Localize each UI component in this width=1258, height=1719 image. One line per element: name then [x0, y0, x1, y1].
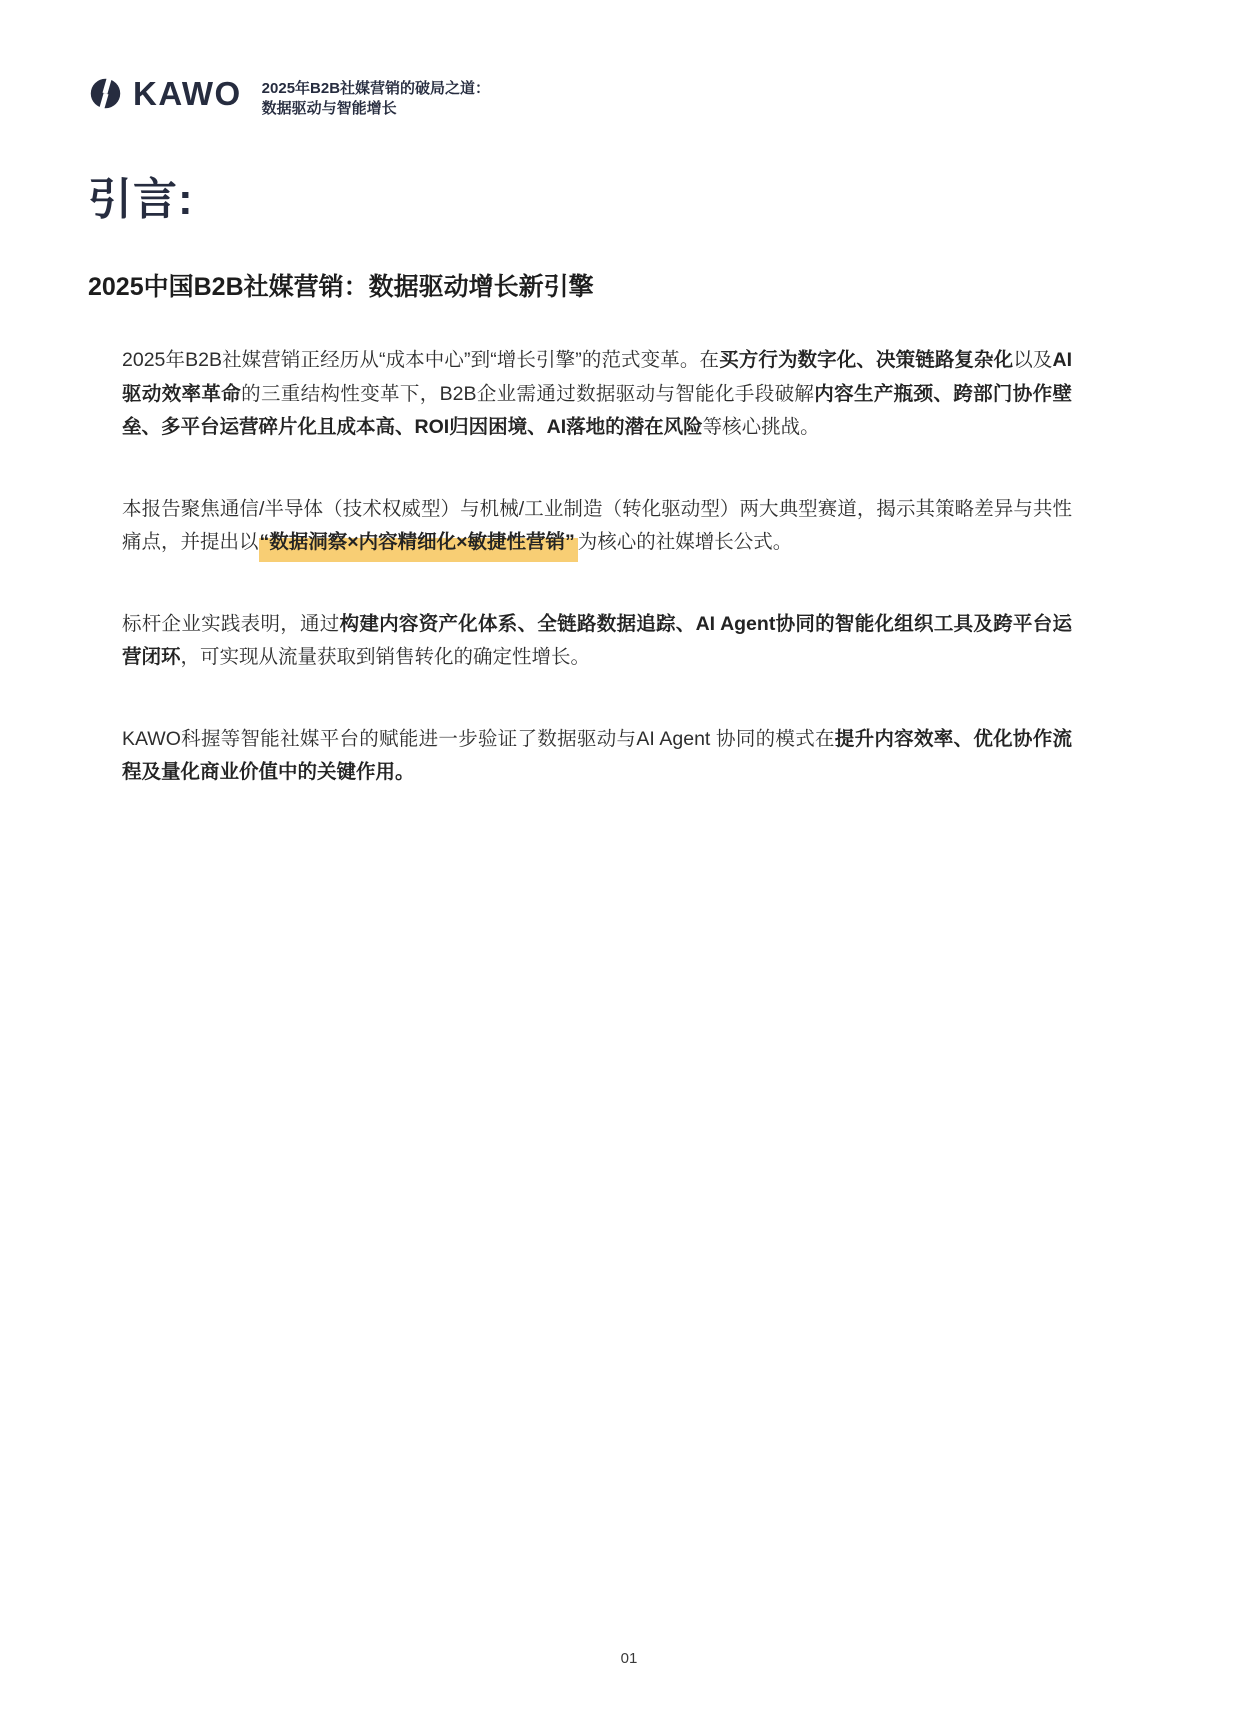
text-segment: “数据洞察×内容精细化×敏捷性营销”: [259, 531, 578, 562]
page-footer: 01: [0, 1650, 1258, 1667]
kawo-logo: KAWO: [90, 78, 242, 109]
text-segment: 标杆企业实践表明，通过: [122, 613, 340, 635]
text-segment: 以及: [1013, 349, 1052, 371]
paragraph-4: KAWO科握等智能社媒平台的赋能进一步验证了数据驱动与AI Agent 协同的模…: [122, 723, 1072, 790]
body-paragraphs: 2025年B2B社媒营销正经历从“成本中心”到“增长引擎”的范式变革。在买方行为…: [122, 344, 1072, 790]
page-content: 引言: 2025中国B2B社媒营销：数据驱动增长新引擎 2025年B2B社媒营销…: [0, 176, 1258, 790]
tagline-line-1: 2025年B2B社媒营销的破局之道：: [262, 79, 490, 99]
paragraph-1: 2025年B2B社媒营销正经历从“成本中心”到“增长引擎”的范式变革。在买方行为…: [122, 344, 1072, 445]
paragraph-2: 本报告聚焦通信/半导体（技术权威型）与机械/工业制造（转化驱动型）两大典型赛道，…: [122, 493, 1072, 560]
paragraph-3: 标杆企业实践表明，通过构建内容资产化体系、全链路数据追踪、AI Agent协同的…: [122, 608, 1072, 675]
report-tagline: 2025年B2B社媒营销的破局之道： 数据驱动与智能增长: [262, 78, 490, 119]
text-segment: 等核心挑战。: [703, 416, 820, 438]
text-segment: KAWO科握等智能社媒平台的赋能进一步验证了数据驱动与AI Agent 协同的模…: [122, 728, 835, 750]
text-segment: 2025年B2B社媒营销正经历从“成本中心”到“增长引擎”的范式变革。在: [122, 349, 719, 371]
page-header: KAWO 2025年B2B社媒营销的破局之道： 数据驱动与智能增长: [0, 0, 1258, 119]
text-segment: 为核心的社媒增长公式。: [578, 531, 793, 553]
text-segment: 的三重结构性变革下，B2B企业需通过数据驱动与智能化手段破解: [241, 383, 814, 405]
report-page: KAWO 2025年B2B社媒营销的破局之道： 数据驱动与智能增长 引言: 20…: [0, 0, 1258, 1719]
tagline-line-2: 数据驱动与智能增长: [262, 99, 490, 119]
text-segment: 买方行为数字化、决策链路复杂化: [719, 349, 1013, 371]
kawo-logo-icon: [90, 78, 121, 109]
section-subtitle: 2025中国B2B社媒营销：数据驱动增长新引擎: [88, 272, 1258, 302]
text-segment: ，可实现从流量获取到销售转化的确定性增长。: [181, 646, 591, 668]
kawo-wordmark: KAWO: [133, 78, 242, 109]
page-number: 01: [621, 1650, 638, 1667]
section-title: 引言:: [88, 176, 1258, 224]
